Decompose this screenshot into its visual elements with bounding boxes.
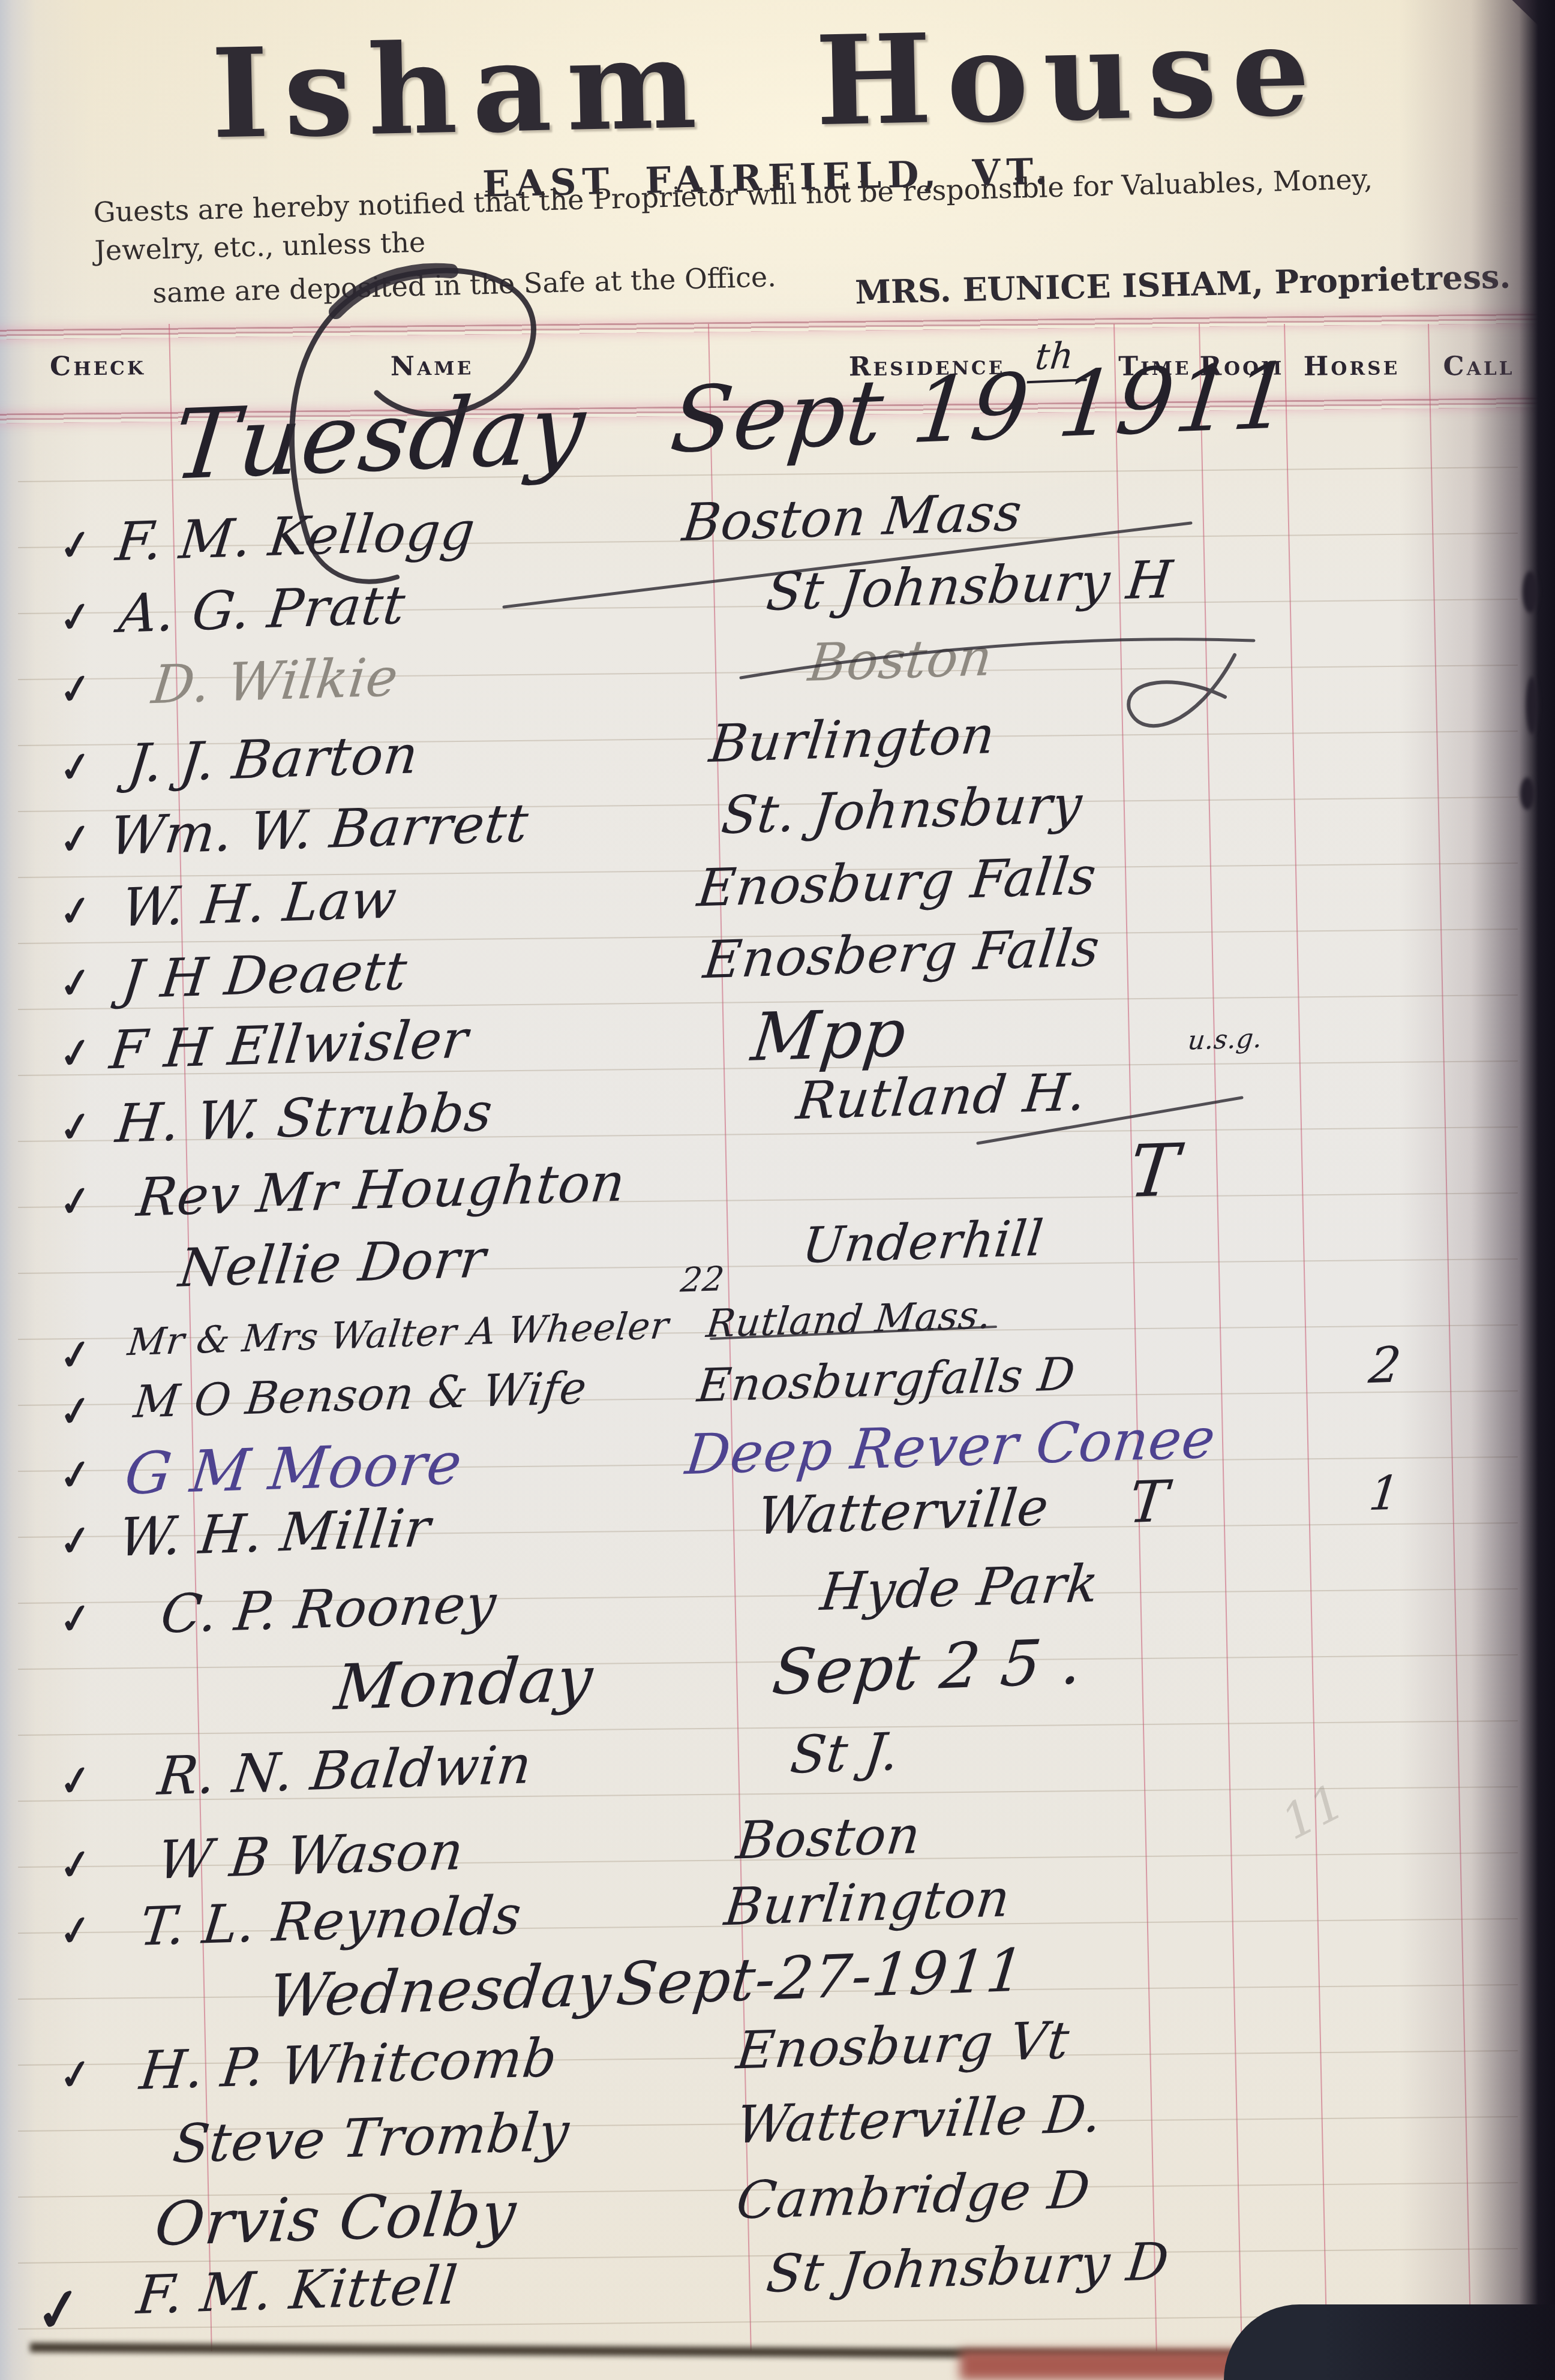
guest-residence: Underhill (800, 1210, 1046, 1275)
check-mark: ✓ (58, 1176, 94, 1227)
guest-residence: Watterville D. (734, 2084, 1105, 2155)
register-page-photo: Isham House EAST FAIRFIELD, VT. Guests a… (0, 0, 1555, 2380)
annotation: 22 (679, 1260, 726, 1300)
check-mark: ✓ (58, 1839, 94, 1891)
date-day: Tuesday (169, 372, 591, 501)
guest-name: J H Deaett (119, 939, 410, 1010)
ink-blot (1526, 677, 1538, 734)
check-mark: ✓ (58, 813, 94, 865)
guest-name: J. J. Barton (125, 723, 422, 795)
guest-residence: Rutland Mass. (704, 1293, 993, 1347)
horse-count: 1 (1367, 1466, 1403, 1521)
guest-residence: St Johnsbury H (764, 549, 1176, 623)
guest-residence: Enosburgfalls D (695, 1347, 1078, 1412)
check-mark: ✓ (58, 1027, 94, 1079)
check-mark: ✓ (58, 1905, 94, 1957)
guest-name: F. M. Kellogg (113, 500, 478, 573)
guest-residence: Mpp (748, 994, 911, 1076)
check-mark: ✓ (58, 741, 94, 793)
guest-name: Wm. W. Barrett (107, 792, 532, 867)
guest-residence: Burlington (722, 1868, 1013, 1937)
guest-name: H. W. Strubbs (113, 1081, 496, 1155)
check-mark: ✓ (58, 1593, 94, 1645)
check-mark: ✓ (58, 957, 94, 1009)
column-header-check: Check (50, 350, 146, 382)
guest-residence: Boston Mass (680, 482, 1025, 553)
check-mark: ✓ (58, 519, 94, 571)
guest-residence: Rutland H. (794, 1062, 1089, 1132)
guest-name: A. G. Pratt (116, 574, 409, 645)
book-binding-edge (1399, 0, 1555, 2380)
guest-name: F H Ellwisler (107, 1008, 472, 1081)
ink-blot (1523, 571, 1538, 613)
guest-name: C. P. Rooney (158, 1573, 500, 1645)
time-mark: T (1125, 1129, 1183, 1214)
guest-residence: Enosberg Falls (701, 918, 1103, 990)
guest-name: T. L. Reynolds (137, 1883, 525, 1957)
check-mark: ✓ (58, 1755, 94, 1807)
guest-residence: St. Johnsbury (719, 774, 1085, 846)
annotation: th (1027, 334, 1092, 383)
guest-name: R. N. Baldwin (155, 1733, 535, 1807)
check-mark: ✓ (58, 2049, 94, 2100)
annotation: u.s.g. (1187, 1023, 1264, 1056)
guest-residence: Cambridge D (734, 2160, 1094, 2231)
guest-name: Nellie Dorr (176, 1227, 489, 1299)
check-mark: ✓ (58, 1449, 94, 1501)
check-mark: ✓ (58, 663, 94, 715)
check-mark: ✓ (58, 1101, 94, 1153)
guest-residence: St J. (788, 1722, 902, 1786)
guest-name: G M Moore (122, 1430, 466, 1508)
check-mark: ✓ (58, 591, 94, 643)
guest-residence: Watterville (755, 1477, 1052, 1547)
guest-name: W B Wason (155, 1820, 467, 1891)
date-text: Sept 2 5 . (769, 1625, 1086, 1709)
guest-name: Orvis Colby (152, 2178, 520, 2259)
ink-blot (1520, 777, 1535, 810)
guest-residence: Hyde Park (818, 1553, 1102, 1622)
check-mark: ✓ (58, 1386, 94, 1437)
guest-name: W. H. Millir (116, 1496, 434, 1568)
guest-residence: Boston (806, 627, 996, 693)
guest-residence: Boston (734, 1805, 924, 1871)
date-day: Monday (331, 1642, 596, 1724)
check-mark: ✓ (58, 1515, 94, 1567)
guest-name: F. M. Kittell (134, 2254, 461, 2326)
guest-name: W. H. Law (119, 868, 400, 939)
date-text: Sept-27-1911 (613, 1936, 1028, 2019)
guest-residence: Enosburg Falls (695, 846, 1100, 918)
guest-residence: Enosburg Vt (734, 2011, 1073, 2081)
time-mark: T (1126, 1469, 1172, 1536)
guest-name: Steve Trombly (170, 2100, 572, 2175)
guest-name: D. Wilkie (149, 646, 401, 716)
check-mark: ✓ (33, 2273, 85, 2347)
guest-residence: Burlington (707, 705, 998, 774)
table-rule-top (0, 313, 1555, 339)
date-day: Wednesday (266, 1951, 615, 2031)
check-mark: ✓ (58, 885, 94, 937)
guest-residence: St Johnsbury D (764, 2232, 1172, 2304)
dark-cover-corner (1224, 2304, 1555, 2380)
check-mark: ✓ (58, 1329, 94, 1381)
guest-name: H. P. Whitcomb (137, 2027, 560, 2102)
